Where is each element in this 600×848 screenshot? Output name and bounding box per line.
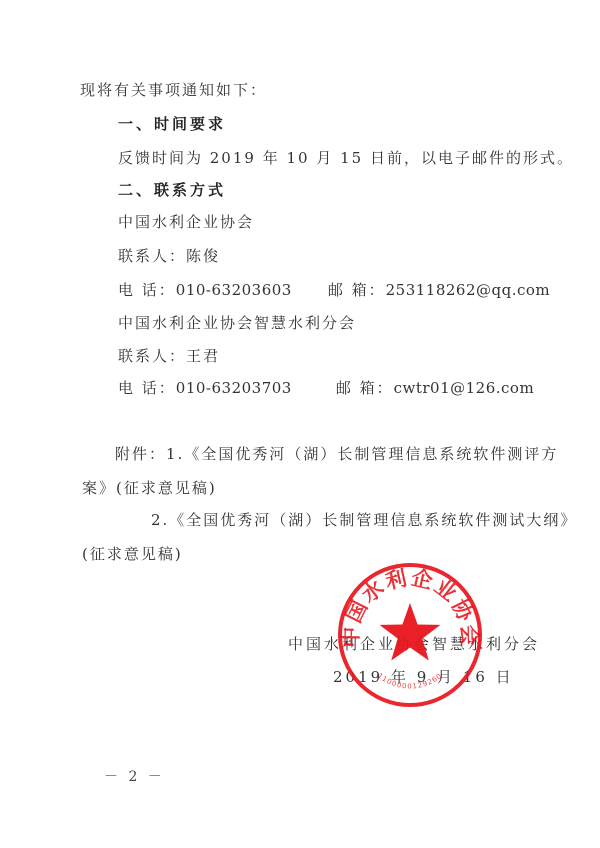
contact-organization-2: 中国水利企业协会智慧水利分会 [118,313,356,333]
phone-number-1: 010-63203603 [176,281,292,299]
attachment-item-1-line-1: 附件：1.《全国优秀河（湖）长制管理信息系统软件测评方 [115,444,558,464]
signature-organization: 中国水利企业协会智慧水利分会 [288,633,540,654]
attachment-item-1-line-2: 案》(征求意见稿) [82,478,217,498]
section-heading-time: 一、时间要求 [118,114,226,134]
contact-details-2: 电 话：010-63203703邮 箱：cwtr01@126.com [118,378,534,398]
intro-text: 现将有关事项通知如下： [80,80,267,100]
contact-details-1: 电 话：010-63203603邮 箱：253118262@qq.com [118,280,550,300]
attachment-item-2-line-2: (征求意见稿) [82,544,183,564]
page-number: － 2 － [104,766,165,786]
email-address-2[interactable]: cwtr01@126.com [394,379,535,397]
phone-label-1: 电 话： [118,281,176,299]
contact-person-2: 联系人：王君 [118,346,220,366]
signature-date: 2019 年 9 月 16 日 [333,666,514,687]
email-label-2: 邮 箱： [336,379,394,397]
email-address-1[interactable]: 253118262@qq.com [386,281,551,299]
attachment-item-2-line-1: 2.《全国优秀河（湖）长制管理信息系统软件测试大纲》 [151,510,577,530]
section-heading-contact: 二、联系方式 [118,180,226,200]
phone-number-2: 010-63203703 [176,379,292,397]
email-label-1: 邮 箱： [328,281,386,299]
attachment-label: 附件： [115,445,166,463]
contact-organization-1: 中国水利企业协会 [118,212,254,232]
phone-label-2: 电 话： [118,379,176,397]
attachment-1-title: 1.《全国优秀河（湖）长制管理信息系统软件测评方 [166,445,558,463]
section-body-time: 反馈时间为 2019 年 10 月 15 日前，以电子邮件的形式。 [118,148,574,168]
contact-person-1: 联系人：陈俊 [118,246,220,266]
